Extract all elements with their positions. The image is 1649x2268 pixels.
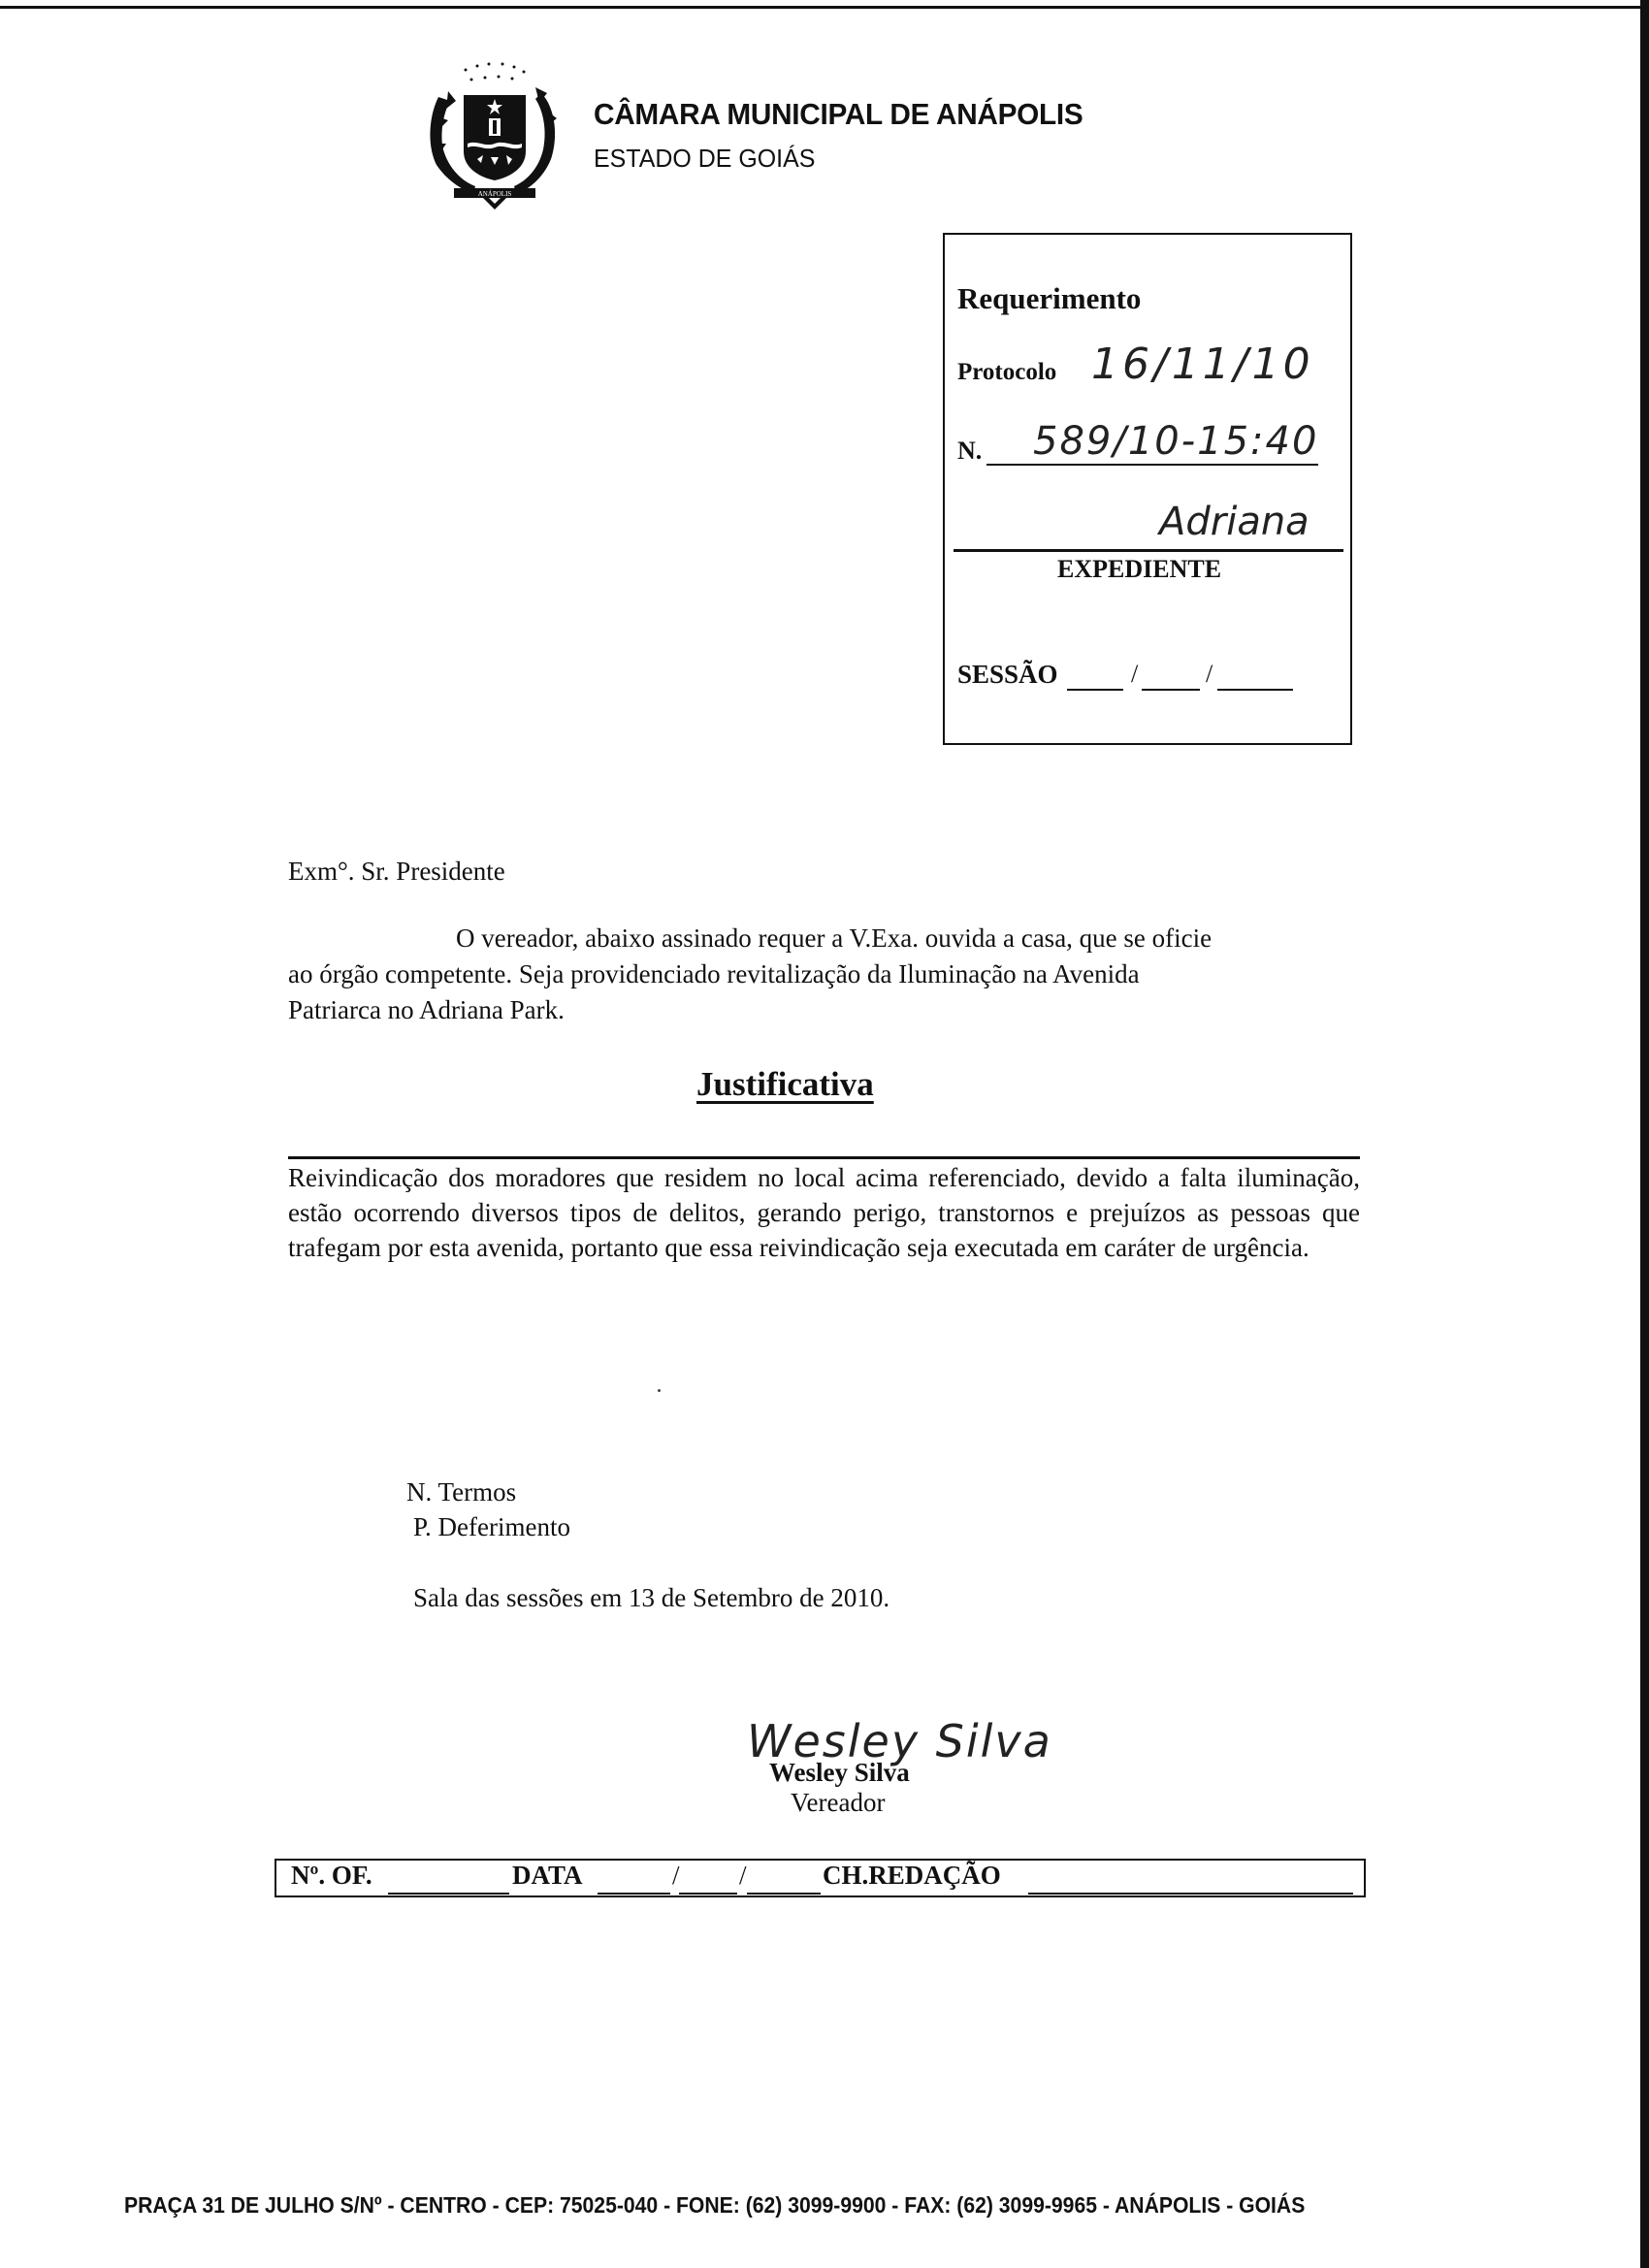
writing-label: CH.REDAÇÃO <box>823 1861 1001 1891</box>
receiver-signature: Adriana <box>1159 500 1309 544</box>
justification-text: Reivindicação dos moradores que residem … <box>288 1160 1360 1265</box>
number-underline <box>986 464 1318 466</box>
signer-name: Wesley Silva <box>769 1758 910 1788</box>
footer-address: PRAÇA 31 DE JULHO S/Nº - CENTRO - CEP: 7… <box>124 2192 1305 2219</box>
stamp-title: Requerimento <box>957 281 1141 316</box>
justification-heading: Justificativa <box>696 1065 874 1104</box>
office-date-month-line <box>679 1893 737 1895</box>
session-label: SESSÃO <box>957 660 1058 690</box>
session-separator: / <box>1206 660 1212 689</box>
expediente-line <box>954 549 1343 552</box>
scan-speck <box>658 1389 661 1392</box>
office-date-day-line <box>598 1893 670 1895</box>
session-month-line <box>1142 689 1200 691</box>
closing-deferimento: P. Deferimento <box>413 1509 570 1544</box>
office-date-separator: / <box>739 1861 747 1891</box>
protocol-date-handwritten: 16/11/10 <box>1091 340 1314 389</box>
request-line: ao órgão competente. Seja providenciado … <box>288 956 1341 992</box>
svg-text:ANÁPOLIS: ANÁPOLIS <box>478 190 512 198</box>
state-subtitle: ESTADO DE GOIÁS <box>594 144 815 174</box>
closing-terms: N. Termos <box>406 1474 516 1509</box>
place-date: Sala das sessões em 13 de Setembro de 20… <box>413 1583 889 1613</box>
writing-line <box>1028 1893 1353 1895</box>
office-number-line <box>388 1893 509 1895</box>
protocol-label: Protocolo <box>957 359 1056 386</box>
number-handwritten: 589/10-15:40 <box>1033 419 1318 464</box>
number-label: N. <box>957 437 982 466</box>
request-line: Patriarca no Adriana Park. <box>288 992 1341 1028</box>
scan-top-border <box>0 6 1641 9</box>
office-number-label: Nº. OF. <box>291 1861 372 1891</box>
office-date-year-line <box>747 1893 821 1895</box>
office-date-separator: / <box>672 1861 680 1891</box>
justification-rule <box>288 1156 1360 1159</box>
session-year-line <box>1217 689 1293 691</box>
institution-title: CÂMARA MUNICIPAL DE ANÁPOLIS <box>594 97 1083 132</box>
request-line: O vereador, abaixo assinado requer a V.E… <box>288 921 1341 956</box>
signer-role: Vereador <box>791 1788 885 1818</box>
session-separator: / <box>1131 660 1138 689</box>
municipal-coat-of-arms-icon: ANÁPOLIS <box>427 58 563 211</box>
office-record-box <box>275 1859 1366 1897</box>
office-date-label: DATA <box>512 1861 583 1891</box>
salutation: Exm°. Sr. Presidente <box>288 854 505 890</box>
expediente-label: EXPEDIENTE <box>1057 555 1221 584</box>
scan-right-border <box>1640 0 1649 2268</box>
session-day-line <box>1067 689 1123 691</box>
request-paragraph: O vereador, abaixo assinado requer a V.E… <box>288 921 1341 1028</box>
